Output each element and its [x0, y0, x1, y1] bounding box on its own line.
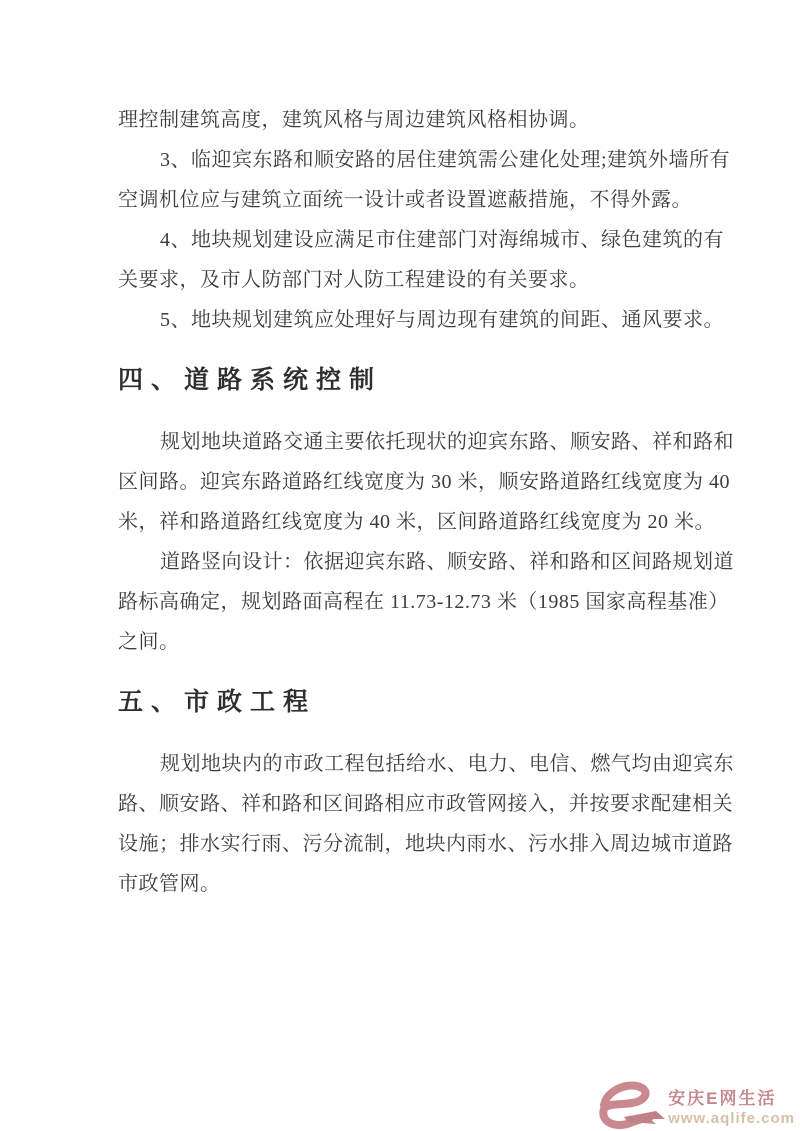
document-body: 理控制建筑高度，建筑风格与周边建筑风格相协调。 3、临迎宾东路和顺安路的居住建筑… — [118, 100, 698, 904]
text-line: 关要求，及市人防部门对人防工程建设的有关要求。 — [118, 260, 698, 300]
text-line: 规划地块内的市政工程包括给水、电力、电信、燃气均由迎宾东 — [118, 744, 698, 784]
text-line: 理控制建筑高度，建筑风格与周边建筑风格相协调。 — [118, 100, 698, 140]
text-line: 设施；排水实行雨、污分流制，地块内雨水、污水排入周边城市道路 — [118, 824, 698, 864]
aqlife-logo-e-icon — [594, 1072, 666, 1130]
text-line: 之间。 — [118, 622, 698, 662]
text-line: 5、地块规划建筑应处理好与周边现有建筑的间距、通风要求。 — [118, 300, 698, 340]
text-line: 区间路。迎宾东路道路红线宽度为 30 米，顺安路道路红线宽度为 40 — [118, 462, 698, 502]
watermark-text: 安庆E网生活 www.aqlife.com — [668, 1088, 795, 1130]
section-heading-road-system: 四、道路系统控制 — [118, 360, 698, 400]
text-line: 4、地块规划建设应满足市住建部门对海绵城市、绿色建筑的有 — [118, 220, 698, 260]
text-line: 3、临迎宾东路和顺安路的居住建筑需公建化处理;建筑外墙所有 — [118, 140, 698, 180]
document-page: 理控制建筑高度，建筑风格与周边建筑风格相协调。 3、临迎宾东路和顺安路的居住建筑… — [0, 0, 800, 1131]
watermark-site-name: 安庆E网生活 — [668, 1088, 795, 1109]
text-line: 空调机位应与建筑立面统一设计或者设置遮蔽措施，不得外露。 — [118, 180, 698, 220]
text-line: 规划地块道路交通主要依托现状的迎宾东路、顺安路、祥和路和 — [118, 422, 698, 462]
watermark: 安庆E网生活 www.aqlife.com — [594, 1072, 795, 1130]
text-line: 米，祥和路道路红线宽度为 40 米，区间路道路红线宽度为 20 米。 — [118, 502, 698, 542]
text-line: 路、顺安路、祥和路和区间路相应市政管网接入，并按要求配建相关 — [118, 784, 698, 824]
text-line: 市政管网。 — [118, 864, 698, 904]
section-heading-municipal-works: 五、市政工程 — [118, 682, 698, 722]
text-line: 路标高确定，规划路面高程在 11.73-12.73 米（1985 国家高程基准） — [118, 582, 698, 622]
text-line: 道路竖向设计：依据迎宾东路、顺安路、祥和路和区间路规划道 — [118, 542, 698, 582]
watermark-site-url: www.aqlife.com — [668, 1109, 795, 1128]
